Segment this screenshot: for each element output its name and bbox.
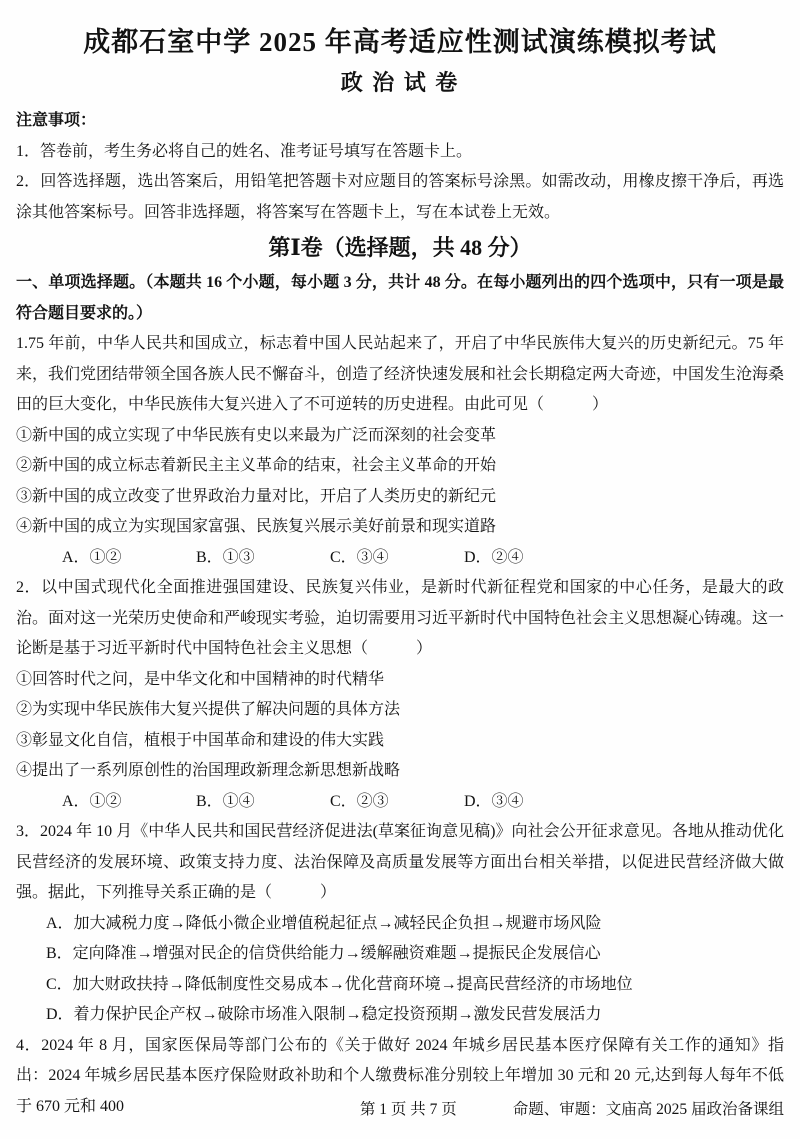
question-1-option-d: D．②④ xyxy=(464,543,598,574)
exam-paper-page: 成都石室中学 2025 年高考适应性测试演练模拟考试 政 治 试 卷 注意事项：… xyxy=(0,0,800,1139)
question-2-statement-3: ③彰显文化自信，植根于中国革命和建设的伟大实践 xyxy=(16,726,784,757)
footer-credits: 命题、审题：文庙高 2025 届政治备课组 xyxy=(513,1097,784,1119)
question-2-stem: 2．以中国式现代化全面推进强国建设、民族复兴伟业，是新时代新征程党和国家的中心任… xyxy=(16,573,784,665)
notice-item-2: 2．回答选择题，选出答案后，用铅笔把答题卡对应题目的答案标号涂黑。如需改动，用橡… xyxy=(16,167,784,228)
question-3-option-d: D．着力保护民企产权→破除市场准入限制→稳定投资预期→激发民营发展活力 xyxy=(16,1000,784,1031)
question-3-stem: 3．2024 年 10 月《中华人民共和国民营经济促进法(草案征询意见稿)》向社… xyxy=(16,817,784,909)
question-1-statement-4: ④新中国的成立为实现国家富强、民族复兴展示美好前景和现实道路 xyxy=(16,512,784,543)
question-2-option-a: A．①② xyxy=(62,787,196,818)
section-1-heading: 第Ⅰ卷（选择题，共 48 分） xyxy=(16,228,784,268)
question-2-option-b: B．①④ xyxy=(196,787,330,818)
question-1: 1.75 年前，中华人民共和国成立，标志着中国人民站起来了，开启了中华民族伟大复… xyxy=(16,329,784,573)
notice-item-1: 1．答卷前，考生务必将自己的姓名、准考证号填写在答题卡上。 xyxy=(16,137,784,168)
notice-heading: 注意事项： xyxy=(16,106,784,137)
question-2-statement-1: ①回答时代之问，是中华文化和中国精神的时代精华 xyxy=(16,665,784,696)
question-1-option-b: B．①③ xyxy=(196,543,330,574)
question-1-option-a: A．①② xyxy=(62,543,196,574)
section-1-intro: 一、单项选择题。（本题共 16 个小题，每小题 3 分，共计 48 分。在每小题… xyxy=(16,268,784,329)
question-1-statement-3: ③新中国的成立改变了世界政治力量对比，开启了人类历史的新纪元 xyxy=(16,482,784,513)
paper-title: 成都石室中学 2025 年高考适应性测试演练模拟考试 xyxy=(16,24,784,60)
question-1-stem: 1.75 年前，中华人民共和国成立，标志着中国人民站起来了，开启了中华民族伟大复… xyxy=(16,329,784,421)
question-2-option-c: C．②③ xyxy=(330,787,464,818)
question-1-statement-2: ②新中国的成立标志着新民主主义革命的结束，社会主义革命的开始 xyxy=(16,451,784,482)
notice-section: 注意事项： 1．答卷前，考生务必将自己的姓名、准考证号填写在答题卡上。 2．回答… xyxy=(16,106,784,228)
question-2-options: A．①② B．①④ C．②③ D．③④ xyxy=(16,787,784,818)
question-1-options: A．①② B．①③ C．③④ D．②④ xyxy=(16,543,784,574)
question-3-option-c: C．加大财政扶持→降低制度性交易成本→优化营商环境→提高民营经济的市场地位 xyxy=(16,970,784,1001)
question-1-option-c: C．③④ xyxy=(330,543,464,574)
question-2-option-d: D．③④ xyxy=(464,787,598,818)
question-2-statement-2: ②为实现中华民族伟大复兴提供了解决问题的具体方法 xyxy=(16,695,784,726)
question-2-statement-4: ④提出了一系列原创性的治国理政新理念新思想新战略 xyxy=(16,756,784,787)
question-3-option-b: B．定向降准→增强对民企的信贷供给能力→缓解融资难题→提振民企发展信心 xyxy=(16,939,784,970)
page-footer: 第 1 页 共 7 页 命题、审题：文庙高 2025 届政治备课组 xyxy=(16,1097,784,1119)
question-3: 3．2024 年 10 月《中华人民共和国民营经济促进法(草案征询意见稿)》向社… xyxy=(16,817,784,1031)
question-2: 2．以中国式现代化全面推进强国建设、民族复兴伟业，是新时代新征程党和国家的中心任… xyxy=(16,573,784,817)
footer-page-info: 第 1 页 共 7 页 xyxy=(360,1097,457,1119)
paper-subtitle: 政 治 试 卷 xyxy=(16,60,784,106)
question-1-statement-1: ①新中国的成立实现了中华民族有史以来最为广泛而深刻的社会变革 xyxy=(16,421,784,452)
question-3-option-a: A．加大减税力度→降低小微企业增值税起征点→减轻民企负担→规避市场风险 xyxy=(16,909,784,940)
